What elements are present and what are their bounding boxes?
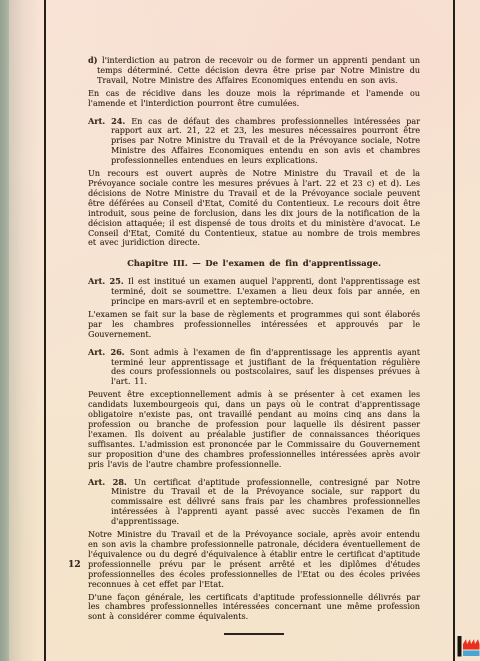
article-26: Art. 26. Sont admis à l'examen de fin d'… bbox=[88, 348, 420, 388]
scanned-page: d) l'interdiction au patron de recevoir … bbox=[0, 0, 480, 661]
chapter-heading: Chapitre III. — De l'examen de fin d'app… bbox=[88, 259, 420, 269]
book-edge bbox=[0, 0, 9, 661]
article-24-label: Art. 24. bbox=[88, 116, 131, 126]
text-block: d) l'interdiction au patron de recevoir … bbox=[88, 56, 420, 635]
chapter-heading-prefix: Chapitre III. — bbox=[127, 258, 205, 268]
clause-d-label: d) bbox=[88, 55, 102, 65]
paragraph-recidive: En cas de récidive dans les douze mois l… bbox=[88, 89, 420, 109]
paragraph-reglements: L'examen se fait sur la base de règlemen… bbox=[88, 310, 420, 340]
article-25-label: Art. 25. bbox=[88, 276, 128, 286]
article-24: Art. 24. En cas de défaut des chambres p… bbox=[88, 117, 420, 167]
clause-d: d) l'interdiction au patron de recevoir … bbox=[88, 56, 420, 86]
paragraph-admission-exceptionnelle: Peuvent être exceptionnellement admis à … bbox=[88, 390, 420, 469]
paragraph-recours: Un recours est ouvert auprès de Notre Mi… bbox=[88, 169, 420, 248]
paragraph-equivalence: Notre Ministre du Travail et de la Prévo… bbox=[88, 530, 420, 589]
chapter-heading-title: De l'examen de fin d'apprentissage. bbox=[205, 258, 381, 268]
printer-mark-icon bbox=[457, 636, 480, 657]
page-number: 12 bbox=[68, 560, 81, 570]
page-border-right bbox=[453, 0, 455, 661]
article-25: Art. 25. Il est institué un examen auque… bbox=[88, 277, 420, 307]
article-26-label: Art. 26. bbox=[88, 347, 130, 357]
article-28-label: Art. 28. bbox=[88, 477, 134, 487]
page-border-left bbox=[44, 0, 46, 661]
section-end-rule bbox=[224, 633, 284, 635]
gutter-shadow bbox=[9, 0, 39, 661]
article-28: Art. 28. Un certificat d'aptitude profes… bbox=[88, 478, 420, 528]
paragraph-equivalents: D'une façon générale, les certificats d'… bbox=[88, 593, 420, 623]
